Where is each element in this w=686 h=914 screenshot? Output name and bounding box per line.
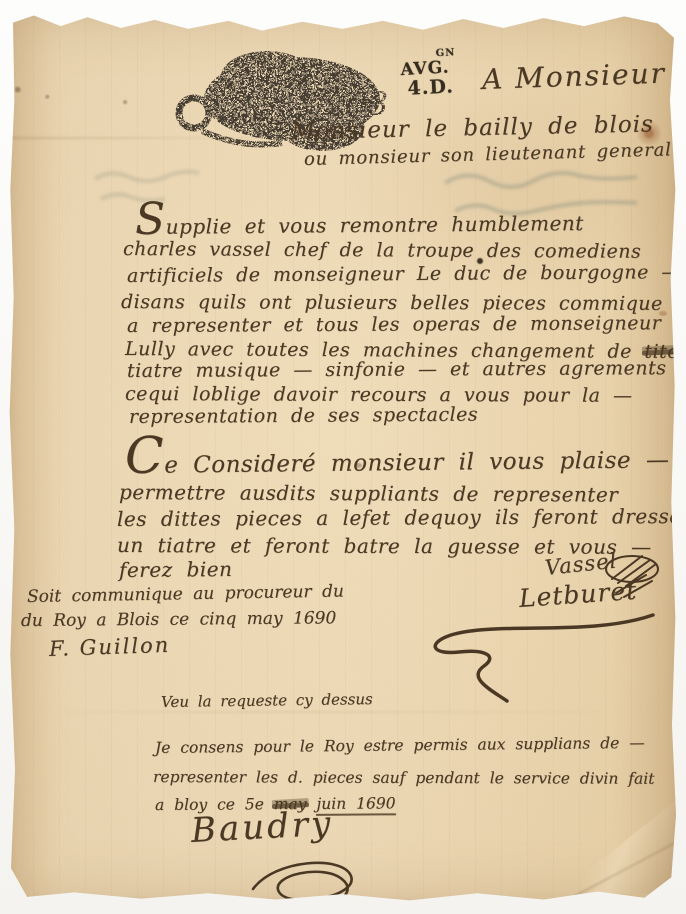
paper-fold-crease xyxy=(568,824,686,901)
salutation: A Monsieur xyxy=(481,57,666,96)
petition-line-5: a representer et tous les operas de mons… xyxy=(127,312,661,337)
manuscript-page: 3 GN AVG. 4.D. A Monsieur Monsieur le ba… xyxy=(7,11,678,904)
petition-line-1: Supplie et vous remontre humblement xyxy=(135,203,584,239)
petition-line-9: representation de ses spectacles xyxy=(129,404,478,428)
signature-letburet: Letburet xyxy=(518,576,638,613)
tax-stamp-line2: 4.D. xyxy=(407,75,454,99)
petition-line-8: cequi loblige davoir recours a vous pour… xyxy=(125,383,633,407)
petition-line-7: tiatre musique — sinfonie — et autres ag… xyxy=(127,357,667,382)
plea-line-2: permettre ausdits suppliants de represen… xyxy=(119,480,618,507)
margin-note-line-2: du Roy a Blois ce cinq may 1690 xyxy=(21,608,336,631)
paper-crease xyxy=(37,711,637,713)
plea-line-1: Ce Consideré monsieur il vous plaise — xyxy=(125,435,670,479)
consent-line-2: representer les d. pieces sauf pendant l… xyxy=(153,768,655,788)
signature-flourish-icon xyxy=(425,605,665,705)
consent-line-1: Je consens pour le Roy estre permis aux … xyxy=(155,734,645,757)
petition-line-3: artificiels de monseigneur Le duc de bou… xyxy=(127,261,681,287)
review-note: Veu la requeste cy dessus xyxy=(161,690,373,711)
tax-stamp: GN AVG. 4.D. xyxy=(400,49,483,105)
signature-baudry: Baudry xyxy=(190,804,334,851)
margin-note-line-1: Soit communique au procureur du xyxy=(27,581,344,607)
corner-fold xyxy=(558,799,678,894)
scan-background: 3 GN AVG. 4.D. A Monsieur Monsieur le ba… xyxy=(0,0,686,914)
petition-line-2: charles vassel chef de la troupe des com… xyxy=(123,238,641,263)
petition-line-4: disans quils ont plusieurs belles pieces… xyxy=(121,291,663,315)
plea-line-3: les dittes pieces a lefet dequoy ils fer… xyxy=(117,504,686,531)
plea-line-5: ferez bien xyxy=(119,557,233,582)
signature-paraph-icon xyxy=(245,853,375,914)
signature-guillon: F. Guillon xyxy=(49,633,171,661)
